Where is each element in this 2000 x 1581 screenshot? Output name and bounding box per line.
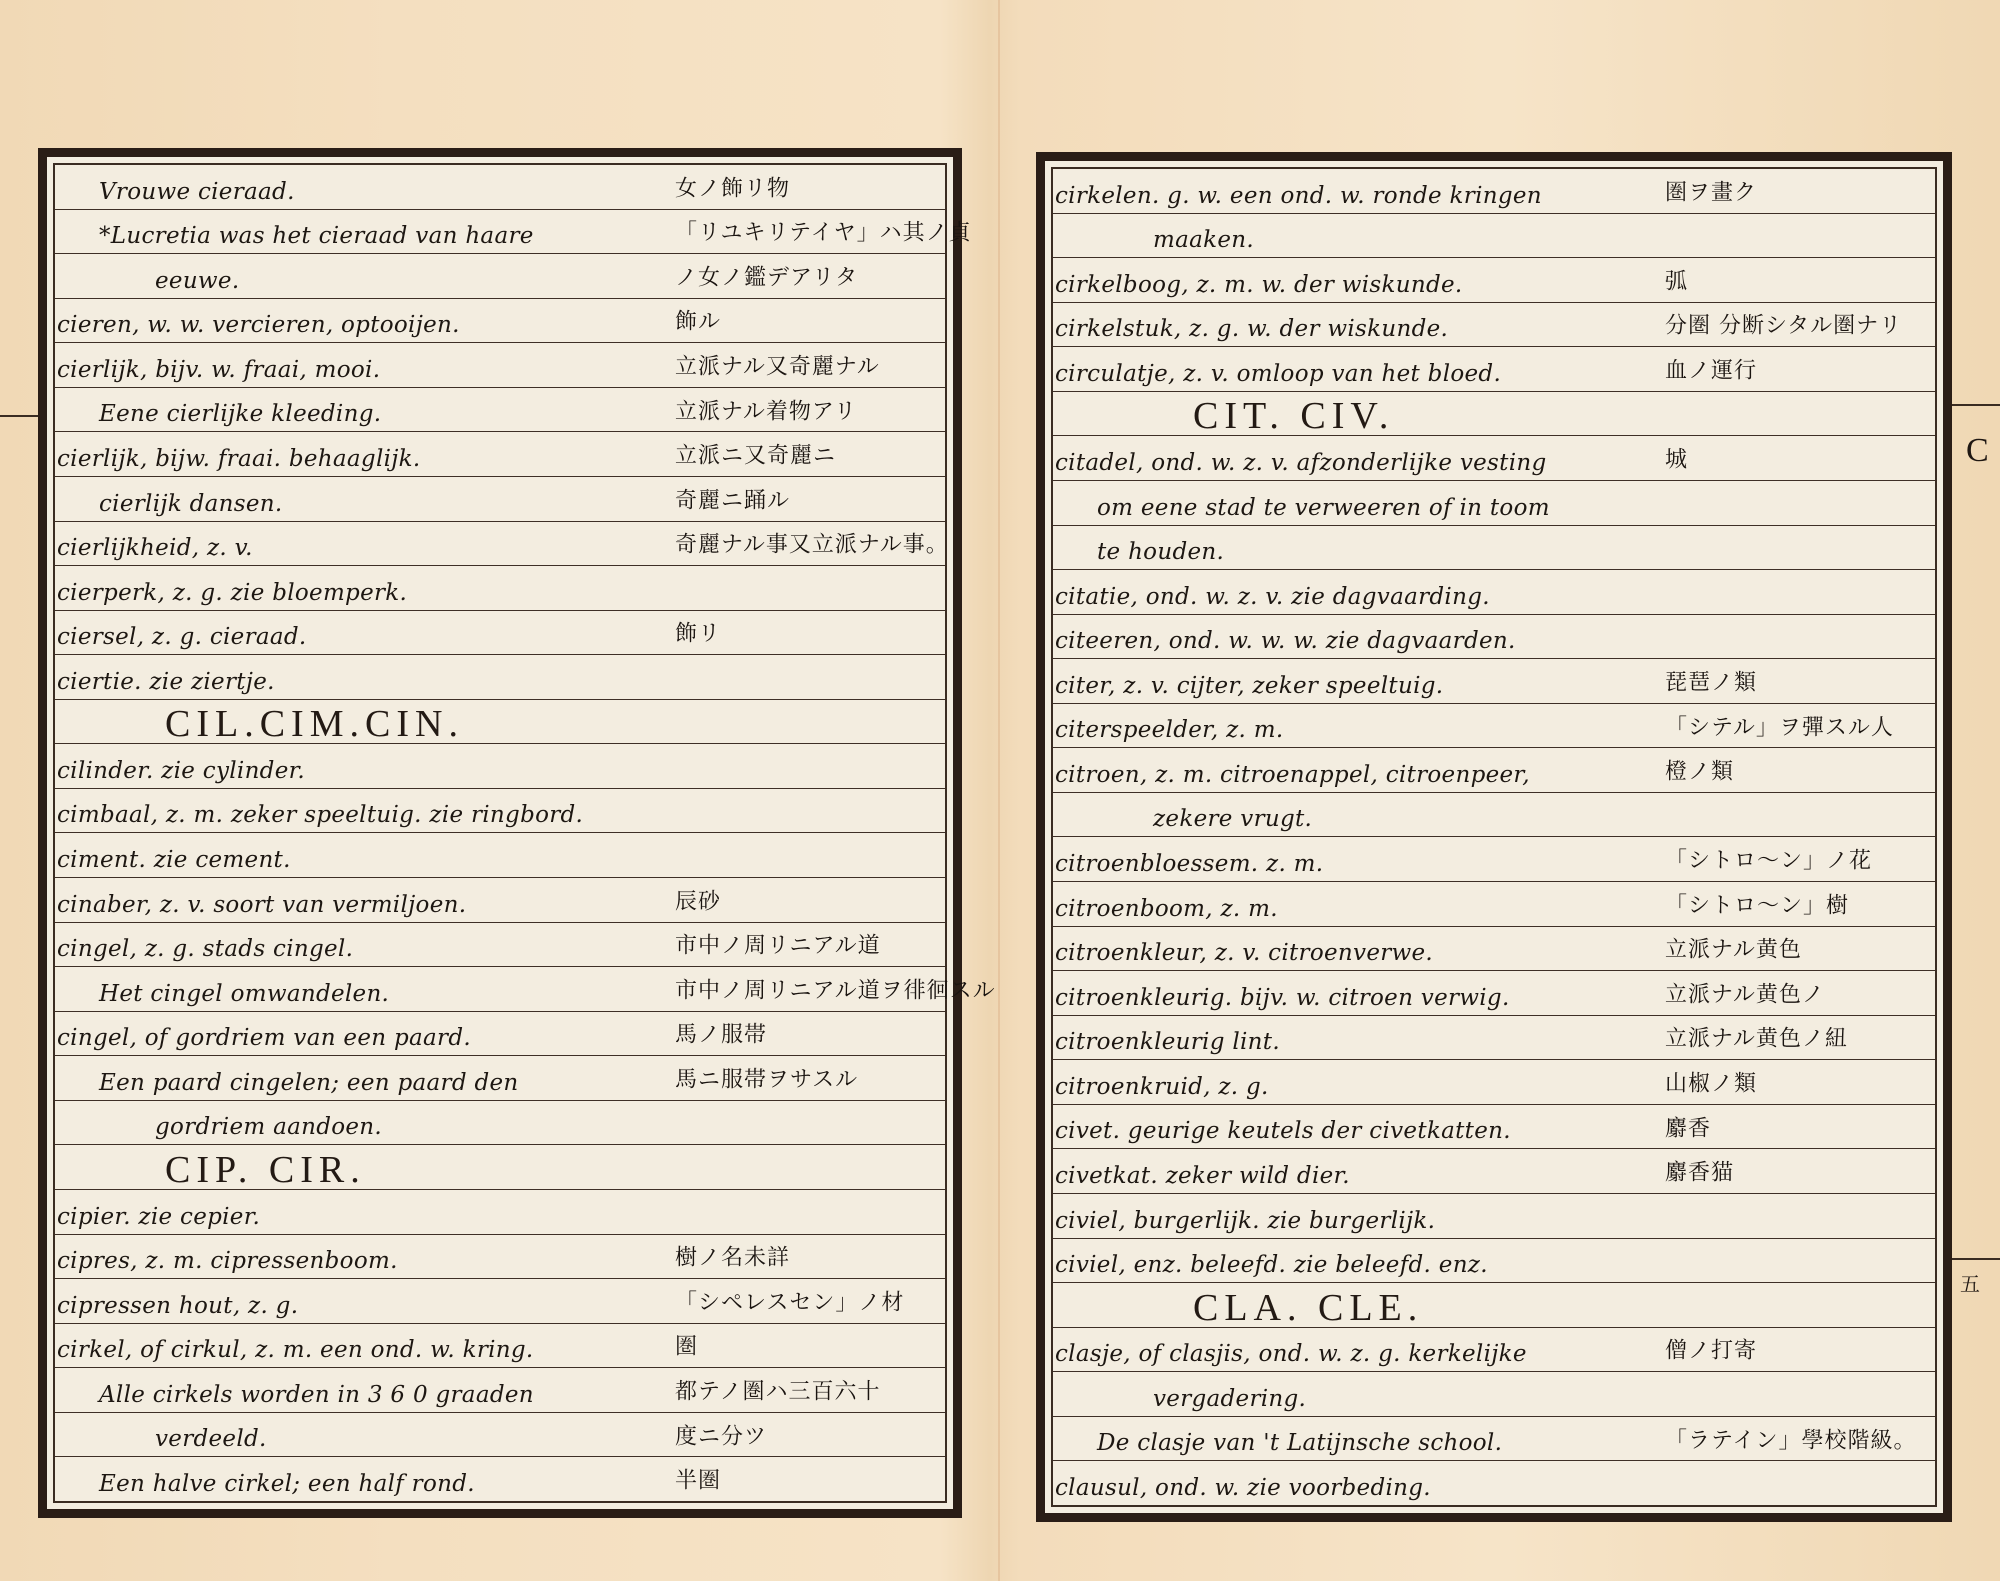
dictionary-entry-row: cimbaal, z. m. zeker speeltuig. zie ring… — [55, 789, 945, 834]
dutch-text: citroenkleurig. bijv. w. citroen verwig. — [1053, 985, 1510, 1015]
japanese-gloss: 橙ノ類 — [1665, 755, 1734, 786]
dutch-text: om eene stad te verweeren of in toom — [1053, 495, 1550, 525]
dutch-text: cirkelen. g. w. een ond. w. ronde kringe… — [1053, 183, 1542, 213]
dictionary-entry-row: cierperk, z. g. zie bloemperk. — [55, 566, 945, 611]
japanese-gloss: 半圏 — [675, 1464, 721, 1495]
dictionary-entry-row: cinaber, z. v. soort van vermiljoen.辰砂 — [55, 878, 945, 923]
dictionary-entry-row: cipressen hout, z. g.「シペレスセン」ノ材 — [55, 1279, 945, 1324]
dictionary-entry-row: ciersel, z. g. cieraad.飾リ — [55, 611, 945, 656]
dictionary-entry-row: cierlijk dansen.奇麗ニ踊ル — [55, 477, 945, 522]
dictionary-entry-row: citeeren, ond. w. w. w. zie dagvaarden. — [1053, 615, 1935, 660]
dictionary-entry-row: vergadering. — [1053, 1372, 1935, 1417]
section-heading-row: CIL.CIM.CIN. — [55, 700, 945, 745]
dutch-text: cierlijk dansen. — [55, 491, 283, 521]
page-number: 五 — [1960, 1268, 1980, 1297]
dutch-text: cipres, z. m. cipressenboom. — [55, 1248, 398, 1278]
dutch-text: cirkelboog, z. m. w. der wiskunde. — [1053, 272, 1463, 302]
dictionary-entry-row: civet. geurige keutels der civetkatten.麝… — [1053, 1105, 1935, 1150]
japanese-gloss: 血ノ運行 — [1665, 354, 1757, 385]
japanese-gloss: 麝香猫 — [1665, 1156, 1734, 1187]
dictionary-entry-row: Eene cierlijke kleeding.立派ナル着物アリ — [55, 388, 945, 433]
dutch-text: cierlijkheid, z. v. — [55, 535, 253, 565]
japanese-gloss: 圏ヲ畫ク — [1665, 175, 1757, 206]
dutch-text: cierlijk, bijv. w. fraai, mooi. — [55, 357, 380, 387]
dutch-text: citerspeelder, z. m. — [1053, 717, 1283, 747]
dictionary-entry-row: Alle cirkels worden in 3 6 0 graaden都テノ圏… — [55, 1368, 945, 1413]
dictionary-entry-row: ciertie. zie ziertje. — [55, 655, 945, 700]
dictionary-entry-row: eeuwe.ノ女ノ鑑デアリタ — [55, 254, 945, 299]
dutch-text: ciertie. zie ziertje. — [55, 669, 275, 699]
dutch-text: citer, z. v. cijter, zeker speeltuig. — [1053, 673, 1443, 703]
japanese-gloss: 立派ナル黄色ノ — [1665, 977, 1825, 1008]
dutch-text: cirkel, of cirkul, z. m. een ond. w. kri… — [55, 1337, 534, 1367]
dutch-text: Eene cierlijke kleeding. — [55, 401, 381, 431]
japanese-gloss: 馬ニ服帯ヲサスル — [675, 1063, 858, 1094]
japanese-gloss: 「シトロ〜ン」ノ花 — [1665, 844, 1872, 875]
right-page-rows: cirkelen. g. w. een ond. w. ronde kringe… — [1051, 167, 1937, 1507]
japanese-gloss: 飾リ — [675, 617, 721, 648]
japanese-gloss: 僧ノ打寄 — [1665, 1334, 1757, 1365]
dutch-text: citadel, ond. w. z. v. afzonderlijke ves… — [1053, 450, 1547, 480]
dictionary-entry-row: cieren, w. w. vercieren, optooijen.飾ル — [55, 299, 945, 344]
japanese-gloss: 「シペレスセン」ノ材 — [675, 1285, 904, 1316]
dutch-text: cierlijk, bijw. fraai. behaaglijk. — [55, 446, 421, 476]
margin-tick — [0, 415, 38, 417]
dictionary-entry-row: citroenkleurig. bijv. w. citroen verwig.… — [1053, 971, 1935, 1016]
japanese-gloss: 奇麗ニ踊ル — [675, 483, 790, 514]
japanese-gloss: 圏 — [675, 1330, 698, 1361]
dutch-text: eeuwe. — [55, 268, 239, 298]
dutch-text: cirkelstuk, z. g. w. der wiskunde. — [1053, 316, 1448, 346]
dutch-text: Alle cirkels worden in 3 6 0 graaden — [55, 1382, 534, 1412]
dictionary-entry-row: om eene stad te verweeren of in toom — [1053, 481, 1935, 526]
dutch-text: cingel, z. g. stads cingel. — [55, 936, 353, 966]
dutch-text: Het cingel omwandelen. — [55, 981, 389, 1011]
japanese-gloss: 馬ノ服帯 — [675, 1018, 767, 1049]
dictionary-entry-row: te houden. — [1053, 526, 1935, 571]
dutch-text: civet. geurige keutels der civetkatten. — [1053, 1118, 1511, 1148]
dictionary-entry-row: zekere vrugt. — [1053, 793, 1935, 838]
book-gutter — [998, 0, 1000, 1581]
japanese-gloss: 女ノ飾リ物 — [675, 171, 790, 202]
dictionary-entry-row: civiel, burgerlijk. zie burgerlijk. — [1053, 1194, 1935, 1239]
japanese-gloss: 「シテル」ヲ彈スル人 — [1665, 710, 1894, 741]
right-page: cirkelen. g. w. een ond. w. ronde kringe… — [1036, 152, 1952, 1522]
dictionary-entry-row: citroenkleur, z. v. citroenverwe.立派ナル黄色 — [1053, 927, 1935, 972]
japanese-gloss: 立派ナル又奇麗ナル — [675, 350, 880, 381]
dutch-text: citeeren, ond. w. w. w. zie dagvaarden. — [1053, 628, 1516, 658]
dutch-text: civiel, burgerlijk. zie burgerlijk. — [1053, 1208, 1435, 1238]
dutch-text: citroenkruid, z. g. — [1053, 1074, 1269, 1104]
japanese-gloss: 分圏 分断シタル圏ナリ — [1665, 309, 1902, 340]
japanese-gloss: 度ニ分ツ — [675, 1419, 767, 1450]
dictionary-entry-row: clasje, of clasjis, ond. w. z. g. kerkel… — [1053, 1328, 1935, 1373]
dictionary-entry-row: cingel, z. g. stads cingel.市中ノ周リニアル道 — [55, 923, 945, 968]
dictionary-entry-row: Een paard cingelen; een paard den馬ニ服帯ヲサス… — [55, 1056, 945, 1101]
japanese-gloss: 都テノ圏ハ三百六十 — [675, 1374, 880, 1405]
japanese-gloss: 立派ナル着物アリ — [675, 394, 857, 425]
dutch-text: maaken. — [1053, 227, 1254, 257]
dutch-text: clausul, ond. w. zie voorbeding. — [1053, 1475, 1431, 1505]
dutch-text: De clasje van 't Latijnsche school. — [1053, 1430, 1502, 1460]
dictionary-entry-row: citroenkleurig lint.立派ナル黄色ノ紐 — [1053, 1016, 1935, 1061]
dictionary-entry-row: cingel, of gordriem van een paard.馬ノ服帯 — [55, 1012, 945, 1057]
dictionary-entry-row: citer, z. v. cijter, zeker speeltuig.琵琶ノ… — [1053, 659, 1935, 704]
dictionary-entry-row: citroenboom, z. m.「シトロ〜ン」樹 — [1053, 882, 1935, 927]
japanese-gloss: 山椒ノ類 — [1665, 1067, 1757, 1098]
dutch-text: citroenboom, z. m. — [1053, 896, 1278, 926]
dutch-text: te houden. — [1053, 539, 1224, 569]
section-heading: CLA. CLE. — [1053, 1289, 1423, 1327]
dutch-text: civetkat. zeker wild dier. — [1053, 1163, 1350, 1193]
dutch-text: verdeeld. — [55, 1426, 267, 1456]
dutch-text: citroen, z. m. citroenappel, citroenpeer… — [1053, 762, 1530, 792]
dutch-text: ciersel, z. g. cieraad. — [55, 624, 307, 654]
dictionary-entry-row: civiel, enz. beleefd. zie beleefd. enz. — [1053, 1239, 1935, 1284]
dictionary-entry-row: verdeeld.度ニ分ツ — [55, 1413, 945, 1458]
dictionary-entry-row: *Lucretia was het cieraad van haare「リユキリ… — [55, 210, 945, 255]
dictionary-entry-row: citadel, ond. w. z. v. afzonderlijke ves… — [1053, 436, 1935, 481]
dictionary-entry-row: ciment. zie cement. — [55, 833, 945, 878]
dutch-text: cingel, of gordriem van een paard. — [55, 1025, 471, 1055]
japanese-gloss: 琵琶ノ類 — [1665, 665, 1757, 696]
dictionary-entry-row: cipres, z. m. cipressenboom.樹ノ名未詳 — [55, 1235, 945, 1280]
dictionary-entry-row: maaken. — [1053, 214, 1935, 259]
japanese-gloss: 樹ノ名未詳 — [675, 1241, 790, 1272]
left-page-rows: Vrouwe cieraad.女ノ飾リ物*Lucretia was het ci… — [53, 163, 947, 1503]
dictionary-entry-row: civetkat. zeker wild dier.麝香猫 — [1053, 1149, 1935, 1194]
dictionary-entry-row: circulatje, z. v. omloop van het bloed.血… — [1053, 347, 1935, 392]
dutch-text: circulatje, z. v. omloop van het bloed. — [1053, 361, 1501, 391]
dutch-text: cilinder. zie cylinder. — [55, 758, 305, 788]
dictionary-entry-row: Vrouwe cieraad.女ノ飾リ物 — [55, 165, 945, 210]
japanese-gloss: 麝香 — [1665, 1111, 1711, 1142]
japanese-gloss: 立派ニ又奇麗ニ — [675, 439, 836, 470]
dictionary-entry-row: cilinder. zie cylinder. — [55, 744, 945, 789]
section-heading-row: CIT. CIV. — [1053, 392, 1935, 437]
dutch-text: citroenkleurig lint. — [1053, 1029, 1280, 1059]
dutch-text: cimbaal, z. m. zeker speeltuig. zie ring… — [55, 802, 583, 832]
dutch-text: cieren, w. w. vercieren, optooijen. — [55, 312, 460, 342]
dutch-text: cierperk, z. g. zie bloemperk. — [55, 580, 407, 610]
section-heading: CIP. CIR. — [55, 1151, 366, 1189]
japanese-gloss: 弧 — [1665, 264, 1688, 295]
dutch-text: clasje, of clasjis, ond. w. z. g. kerkel… — [1053, 1341, 1527, 1371]
section-heading-row: CLA. CLE. — [1053, 1283, 1935, 1328]
dictionary-entry-row: Het cingel omwandelen.市中ノ周リニアル道ヲ徘徊スル — [55, 967, 945, 1012]
dutch-text: vergadering. — [1053, 1386, 1306, 1416]
dutch-text: citatie, ond. w. z. v. zie dagvaarding. — [1053, 584, 1490, 614]
japanese-gloss: 飾ル — [675, 305, 721, 336]
section-heading: CIT. CIV. — [1053, 397, 1394, 435]
japanese-gloss: 立派ナル黄色ノ紐 — [1665, 1022, 1848, 1053]
dictionary-entry-row: gordriem aandoen. — [55, 1101, 945, 1146]
dictionary-entry-row: citerspeelder, z. m.「シテル」ヲ彈スル人 — [1053, 704, 1935, 749]
dutch-text: citroenbloessem. z. m. — [1053, 851, 1323, 881]
dutch-text: gordriem aandoen. — [55, 1114, 382, 1144]
margin-tick — [1952, 1258, 2000, 1260]
dutch-text: Een paard cingelen; een paard den — [55, 1070, 519, 1100]
left-page: Vrouwe cieraad.女ノ飾リ物*Lucretia was het ci… — [38, 148, 962, 1518]
dictionary-entry-row: clausul, ond. w. zie voorbeding. — [1053, 1461, 1935, 1505]
dutch-text: civiel, enz. beleefd. zie beleefd. enz. — [1053, 1252, 1488, 1282]
japanese-gloss: 辰砂 — [675, 884, 721, 915]
dutch-text: cipressen hout, z. g. — [55, 1293, 298, 1323]
japanese-gloss: 市中ノ周リニアル道 — [675, 929, 881, 960]
dictionary-entry-row: cirkelen. g. w. een ond. w. ronde kringe… — [1053, 169, 1935, 214]
dictionary-entry-row: citroenkruid, z. g.山椒ノ類 — [1053, 1060, 1935, 1105]
dictionary-entry-row: cirkelboog, z. m. w. der wiskunde.弧 — [1053, 258, 1935, 303]
japanese-gloss: 城 — [1665, 443, 1688, 474]
dutch-text: cinaber, z. v. soort van vermiljoen. — [55, 892, 466, 922]
dictionary-entry-row: Een halve cirkel; een half rond.半圏 — [55, 1457, 945, 1501]
dutch-text: Een halve cirkel; een half rond. — [55, 1471, 475, 1501]
japanese-gloss: 奇麗ナル事又立派ナル事。 — [675, 528, 949, 559]
dutch-text: ciment. zie cement. — [55, 847, 291, 877]
dictionary-entry-row: citatie, ond. w. z. v. zie dagvaarding. — [1053, 570, 1935, 615]
dictionary-entry-row: De clasje van 't Latijnsche school.「ラテイン… — [1053, 1417, 1935, 1462]
japanese-gloss: 「リユキリテイヤ」ハ其ノ貞 — [675, 216, 972, 247]
dictionary-entry-row: cierlijkheid, z. v.奇麗ナル事又立派ナル事。 — [55, 522, 945, 567]
dictionary-entry-row: cipier. zie cepier. — [55, 1190, 945, 1235]
dictionary-entry-row: cirkelstuk, z. g. w. der wiskunde.分圏 分断シ… — [1053, 303, 1935, 348]
dictionary-entry-row: cirkel, of cirkul, z. m. een ond. w. kri… — [55, 1324, 945, 1369]
dutch-text: zekere vrugt. — [1053, 806, 1312, 836]
japanese-gloss: ノ女ノ鑑デアリタ — [675, 260, 858, 291]
margin-tick — [1952, 404, 2000, 406]
section-heading-row: CIP. CIR. — [55, 1145, 945, 1190]
dictionary-entry-row: cierlijk, bijw. fraai. behaaglijk.立派ニ又奇麗… — [55, 432, 945, 477]
dictionary-entry-row: citroenbloessem. z. m.「シトロ〜ン」ノ花 — [1053, 837, 1935, 882]
dutch-text: cipier. zie cepier. — [55, 1204, 260, 1234]
japanese-gloss: 「ラテイン」學校階級。 — [1665, 1423, 1916, 1454]
dutch-text: Vrouwe cieraad. — [55, 179, 295, 209]
section-heading: CIL.CIM.CIN. — [55, 705, 464, 743]
japanese-gloss: 「シトロ〜ン」樹 — [1665, 888, 1849, 919]
margin-section-letter: C — [1966, 432, 1989, 470]
dictionary-entry-row: cierlijk, bijv. w. fraai, mooi.立派ナル又奇麗ナル — [55, 343, 945, 388]
japanese-gloss: 市中ノ周リニアル道ヲ徘徊スル — [675, 973, 996, 1004]
dutch-text: citroenkleur, z. v. citroenverwe. — [1053, 940, 1433, 970]
japanese-gloss: 立派ナル黄色 — [1665, 933, 1802, 964]
dutch-text: *Lucretia was het cieraad van haare — [55, 223, 534, 253]
dictionary-entry-row: citroen, z. m. citroenappel, citroenpeer… — [1053, 748, 1935, 793]
